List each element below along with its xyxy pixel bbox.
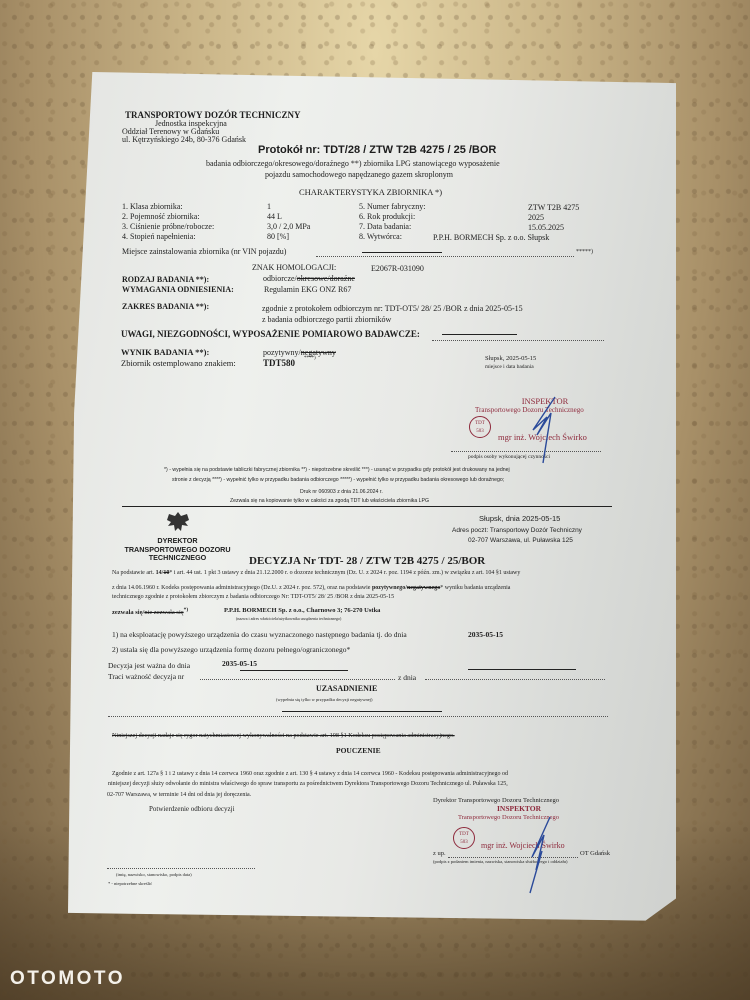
install-place-label: Miejsce zainstalowania zbiornika (nr VIN…	[122, 247, 286, 257]
permit-note: *)	[184, 607, 189, 613]
receipt-caption: (imię, nazwisko, stanowisko, podpis data…	[116, 872, 192, 878]
protocol-subtitle-1: badania odbiorczego/okresowego/doraźnego…	[206, 159, 500, 169]
issuer-line: TECHNICZNEGO	[120, 554, 235, 563]
inspector-title-2: INSPEKTOR	[497, 804, 541, 813]
basis-text: * i art. 44 ust. 1 pkt 3 ustawy z dnia 2…	[169, 570, 520, 576]
valid-until-line	[240, 670, 348, 671]
stamp-text: TDT	[454, 831, 474, 839]
postal-address-1: Adres poczt: Transportowy Dozór Technicz…	[452, 527, 582, 535]
postal-address-2: 02-707 Warszawa, ul. Puławska 125	[468, 537, 573, 545]
tdt-stamp-circle-2: TDT503	[453, 827, 475, 849]
instruction-line-3: 02-707 Warszawa, w terminie 14 dni od dn…	[107, 792, 251, 800]
protocol-subtitle-2: pojazdu samochodowego napędzanego gazem …	[265, 170, 453, 180]
justification-title: UZASADNIENIE	[316, 684, 377, 694]
char-label: 2. Pojemność zbiornika:	[122, 212, 214, 222]
scope-value-2: z badania odbiorczego partii zbiorników	[262, 315, 391, 325]
characteristics-heading: CHARAKTERYSTYKA ZBIORNIKA *)	[299, 187, 442, 198]
copy-note: Zezwala się na kopiowanie tylko w całośc…	[230, 498, 429, 505]
char-value: 1	[267, 202, 310, 212]
handwritten-signature-icon	[525, 395, 565, 465]
char-label: 1. Klasa zbiornika:	[122, 202, 214, 212]
remarks-field	[432, 340, 604, 341]
requirements-label: WYMAGANIA ODNIESIENIA:	[122, 285, 234, 295]
stamp-text: TDT	[470, 420, 490, 428]
remarks-dash	[442, 334, 517, 335]
permit-value: zezwala się/nie zezwala się*)	[112, 607, 188, 617]
print-number: Druk nr 060903 z dnia 21.06.2024 r.	[300, 489, 383, 496]
result-label: WYNIK BADANIA **):	[121, 347, 209, 358]
on-behalf-label: z up.	[433, 850, 446, 858]
install-place-field	[316, 256, 574, 257]
valid-until-label: Decyzja jest ważna do dnia	[108, 661, 190, 670]
char-label: 4. Stopień napełnienia:	[122, 232, 214, 242]
justification-field	[108, 716, 608, 717]
char-label: 7. Data badania:	[359, 222, 425, 232]
scope-value-1: zgodnie z protokołem odbiorczym nr: TDT-…	[262, 304, 523, 314]
expires-date-label: z dnia	[398, 673, 416, 682]
basis-positive: pozytywnego/	[372, 585, 407, 591]
exam-type-kept: odbiorcze/	[263, 274, 297, 283]
polish-eagle-emblem-icon	[164, 510, 192, 534]
expires-label: Traci ważność decyzja nr	[108, 672, 184, 681]
characteristics-left-values: 1 44 L 3,0 / 2,0 MPa 80 [%]	[267, 202, 310, 242]
footnote-2: stronie z decyzją ****) - wypełnić tylko…	[172, 477, 504, 484]
exam-type-value: odbiorcze/okresowe/doraźne	[263, 274, 355, 284]
basis-negative-struck: negatywnego	[407, 585, 440, 591]
exam-type-struck: okresowe/doraźne	[297, 274, 355, 283]
rigor-clause-struck: Niniejszej decyzji nadaje się rygor naty…	[112, 732, 455, 740]
decision-point-1: 1) na eksploatację powyższego urządzenia…	[112, 630, 407, 639]
stamp-text: 503	[454, 839, 474, 847]
char-value: 2025	[528, 213, 579, 223]
install-place-dash	[362, 252, 442, 253]
char-value: ZTW T2B 4275	[528, 203, 579, 213]
expires-date-field	[425, 679, 605, 680]
exam-place-date: Słupsk, 2025-05-15	[485, 355, 536, 363]
homologation-label: ZNAK HOMOLOGACJI:	[252, 263, 336, 273]
char-value: 80 [%]	[267, 232, 310, 242]
receipt-signature-line	[107, 868, 255, 869]
footnote-1: *) - wypełnia się na podstawie tabliczki…	[164, 467, 510, 474]
scope-label: ZAKRES BADANIA **):	[122, 302, 209, 312]
instruction-title: POUCZENIE	[336, 746, 381, 755]
basis-text: z dnia 14.06.1960 r. Kodeks postępowania…	[112, 585, 372, 591]
manufacturer-value: P.P.H. BORMECH Sp. z o.o. Słupsk	[433, 233, 549, 243]
char-label: 5. Numer fabryczny:	[359, 202, 425, 212]
receipt-note: * - niepotrzebne skreślić	[108, 881, 152, 887]
decision-basis-1: Na podstawie art. 14/10* i art. 44 ust. …	[112, 570, 520, 578]
homologation-value: E2067R-031090	[371, 264, 424, 274]
justification-caption: (wypełnia się tylko w przypadku decyzji …	[276, 697, 372, 703]
requirements-value: Regulamin EKG ONZ R67	[264, 285, 351, 295]
instruction-line-2: niniejszej decyzji służy odwołanie do mi…	[108, 781, 508, 789]
install-place-note: *****)	[576, 249, 593, 257]
protocol-title: Protokół nr: TDT/28 / ZTW T2B 4275 / 25 …	[258, 144, 496, 158]
section-divider	[122, 506, 612, 507]
next-exam-date: 2035-05-15	[468, 630, 503, 639]
owner-caption: (nazwa i adres właściciela/użytkownika u…	[236, 616, 341, 621]
org-address: ul. Kętrzyńskiego 24b, 80-376 Gdańsk	[122, 135, 246, 145]
decision-basis-2: z dnia 14.06.1960 r. Kodeks postępowania…	[112, 585, 510, 593]
otomoto-watermark-logo: OTOMOTO	[10, 968, 125, 990]
char-label: 3. Ciśnienie próbne/robocze:	[122, 222, 214, 232]
char-value: 3,0 / 2,0 MPa	[267, 222, 310, 232]
decision-place-date: Słupsk, dnia 2025-05-15	[479, 514, 560, 523]
characteristics-left-labels: 1. Klasa zbiornika: 2. Pojemność zbiorni…	[122, 202, 214, 242]
remarks-label: UWAGI, NIEZGODNOŚCI, WYPOSAŻENIE POMIARO…	[121, 329, 420, 340]
valid-date-line	[468, 669, 576, 670]
char-value: 44 L	[267, 212, 310, 222]
justification-line	[282, 711, 442, 712]
char-label: 8. Wytwórca:	[359, 232, 425, 242]
decision-issuer: DYREKTOR TRANSPORTOWEGO DOZORU TECHNICZN…	[120, 537, 235, 563]
valid-until-value: 2035-05-15	[222, 659, 257, 668]
decision-basis-3: technicznego zgodnie z protokołem zbiorc…	[112, 594, 394, 602]
result-value: pozytywny/negatywny	[263, 348, 336, 358]
characteristics-right-labels: 5. Numer fabryczny: 6. Rok produkcji: 7.…	[359, 202, 425, 242]
stamp-mark-label: Zbiornik ostemplowano znakiem:	[121, 358, 236, 369]
instruction-line-1: Zgodnie z art. 127a § 1 i 2 ustawy z dni…	[112, 771, 508, 779]
basis-text: Na podstawie art.	[112, 570, 156, 576]
stamp-mark-note: ****)	[304, 356, 316, 362]
basis-text: * wyniku badania urządzenia	[440, 585, 510, 591]
permit-kept: zezwala się/	[112, 609, 144, 616]
exam-type-label: RODZAJ BADANIA **):	[122, 275, 209, 285]
characteristics-right-values: ZTW T2B 4275 2025 15.05.2025	[528, 203, 579, 233]
receipt-label: Potwierdzenie odbioru decyzji	[149, 805, 235, 814]
stamp-text: 503	[470, 428, 490, 436]
char-value: 15.05.2025	[528, 223, 579, 233]
stamp-mark-value: TDT580	[263, 358, 295, 369]
tdt-stamp-circle: TDT503	[469, 416, 491, 438]
permit-struck: nie zezwala się	[144, 609, 183, 616]
owner-name: P.P.H. BORMECH Sp. z o.o., Charnowo 3; 7…	[224, 607, 380, 615]
result-kept: pozytywny/	[263, 348, 301, 357]
char-label: 6. Rok produkcji:	[359, 212, 425, 222]
office-name: OT Gdańsk	[580, 850, 610, 858]
exam-place-date-caption: miejsce i data badania	[485, 364, 534, 371]
handwritten-signature-2-icon	[520, 815, 560, 895]
expires-number-field	[200, 679, 395, 680]
decision-point-2: 2) ustala się dla powyższego urządzenia …	[112, 645, 350, 654]
decision-title: DECYZJA Nr TDT- 28 / ZTW T2B 4275 / 25/B…	[249, 555, 485, 569]
